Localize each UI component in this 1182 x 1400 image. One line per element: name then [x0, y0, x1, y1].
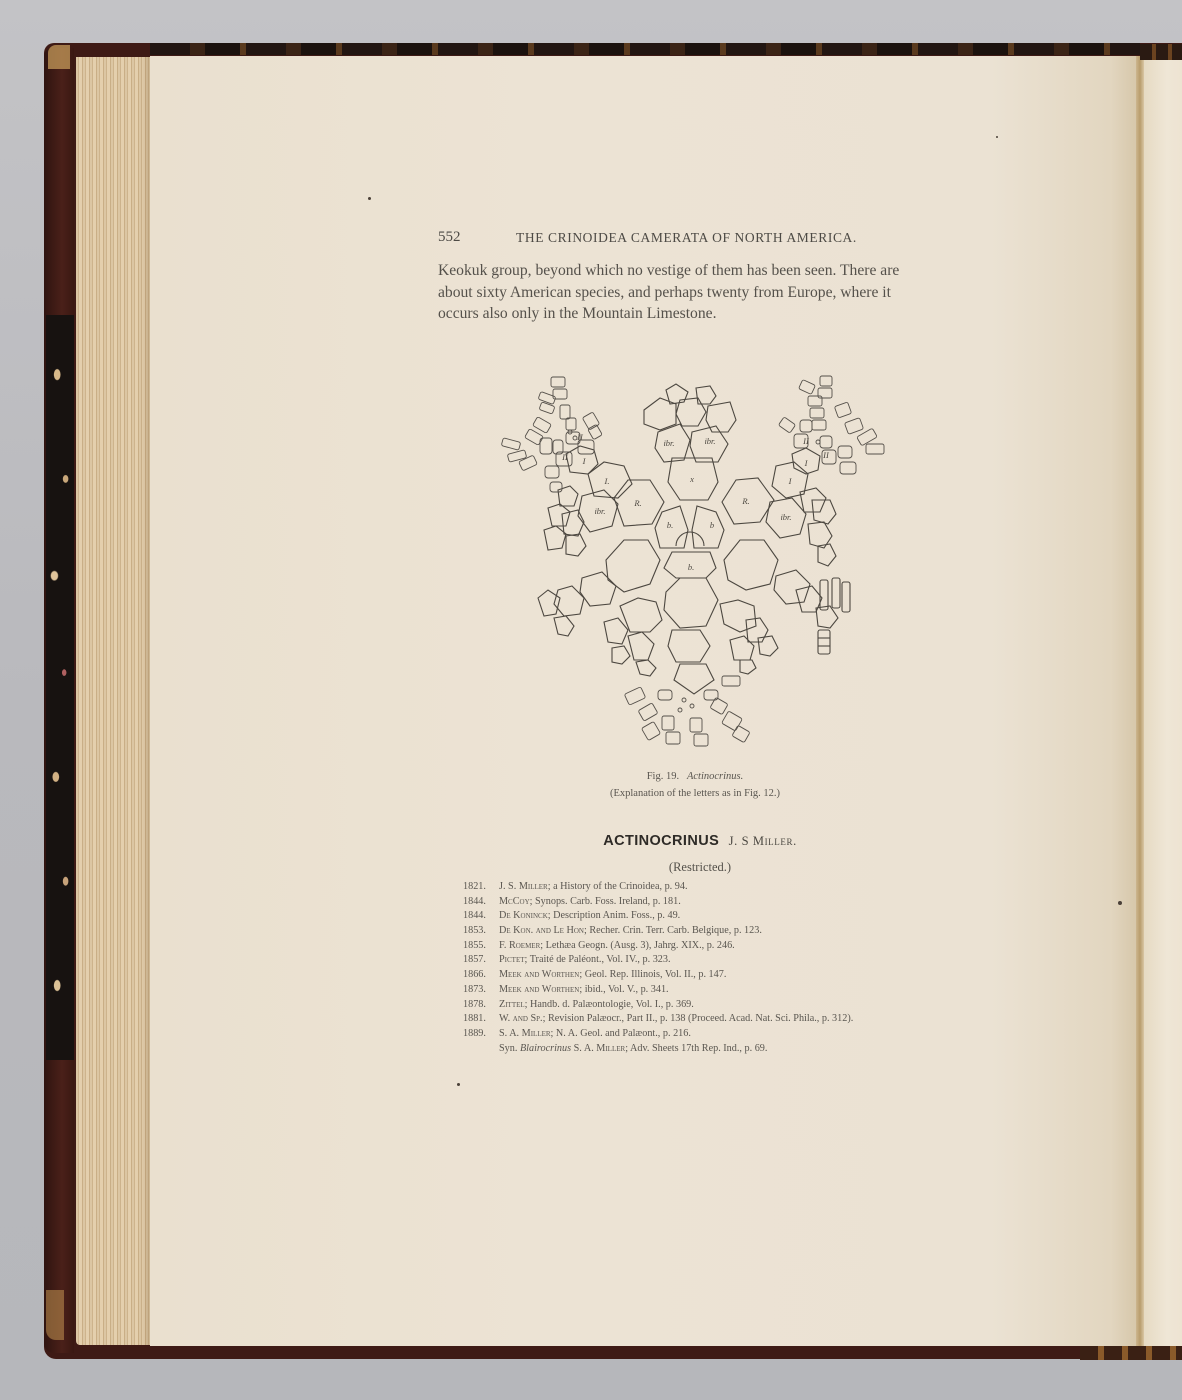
reference-author: Meek and Worthen: [499, 984, 579, 995]
reference-text: ; Synops. Carb. Foss. Ireland, p. 181.: [530, 896, 681, 907]
paragraph-line: about sixty American species, and perhap…: [438, 282, 948, 304]
svg-text:I: I: [788, 476, 793, 486]
reference-item: 1878.Zittel; Handb. d. Palæontologie, Vo…: [463, 998, 983, 1013]
svg-text:II: II: [561, 452, 569, 462]
reference-year: 1878.: [463, 998, 497, 1013]
running-title: THE CRINOIDEA CAMERATA OF NORTH AMERICA.: [516, 230, 857, 246]
cover-top-edge: [150, 43, 1140, 55]
body-paragraph: Keokuk group, beyond which no vestige of…: [438, 260, 948, 325]
facing-page-edge: [1144, 60, 1182, 1360]
svg-text:b: b: [710, 520, 714, 530]
svg-text:R.: R.: [633, 498, 641, 508]
reference-year: 1844.: [463, 895, 497, 910]
corner-wear-bottom: [46, 1290, 64, 1340]
cover-bottom-edge: [1080, 1346, 1182, 1360]
synonym-author: S. A. Miller: [574, 1043, 626, 1054]
reference-author: De Koninck: [499, 910, 548, 921]
reference-author: S. A. Miller: [499, 1028, 551, 1039]
reference-item: 1821.J. S. Miller; a History of the Crin…: [463, 880, 983, 895]
reference-item: 1857.Pictet; Traité de Paléont., Vol. IV…: [463, 953, 983, 968]
synonym-prefix: Syn.: [499, 1043, 517, 1054]
synonym-genus: Blairocrinus: [520, 1043, 571, 1054]
reference-text: ; Description Anim. Foss., p. 49.: [548, 910, 680, 921]
reference-item: 1881.W. and Sp.; Revision Palæocr., Part…: [463, 1012, 983, 1027]
reference-item: 1889.S. A. Miller; N. A. Geol. and Palæo…: [463, 1027, 983, 1042]
svg-text:ibr.: ibr.: [780, 512, 791, 522]
reference-text: ; Traité de Paléont., Vol. IV., p. 323.: [525, 954, 671, 965]
reference-year: 1866.: [463, 968, 497, 983]
reference-text: ; Handb. d. Palæontologie, Vol. I., p. 3…: [525, 999, 694, 1010]
svg-text:ibr.: ibr.: [704, 436, 715, 446]
reference-item: 1853.De Kon. and Le Hon; Recher. Crin. T…: [463, 924, 983, 939]
paper-speck: [996, 136, 998, 138]
svg-text:b.: b.: [688, 562, 694, 572]
svg-text:I: I: [582, 456, 587, 466]
reference-text: ; ibid., Vol. V., p. 341.: [579, 984, 668, 995]
reference-item: 1855.F. Roemer; Lethæa Geogn. (Ausg. 3),…: [463, 939, 983, 954]
reference-item: 1866.Meek and Worthen; Geol. Rep. Illino…: [463, 968, 983, 983]
reference-year: 1857.: [463, 953, 497, 968]
reference-item: 1844.McCoy; Synops. Carb. Foss. Ireland,…: [463, 895, 983, 910]
svg-text:II: II: [802, 436, 810, 446]
svg-text:II: II: [822, 450, 830, 460]
reference-year: 1844.: [463, 909, 497, 924]
reference-text: ; N. A. Geol. and Palæont., p. 216.: [551, 1028, 691, 1039]
svg-text:R.: R.: [741, 496, 749, 506]
svg-text:ibr.: ibr.: [663, 438, 674, 448]
genus-qualifier: (Restricted.): [440, 860, 960, 875]
reference-year: 1853.: [463, 924, 497, 939]
reference-year: 1873.: [463, 983, 497, 998]
reference-author: F. Roemer: [499, 940, 540, 951]
reference-author: Pictet: [499, 954, 525, 965]
reference-text: ; Geol. Rep. Illinois, Vol. II., p. 147.: [579, 969, 726, 980]
references-list: 1821.J. S. Miller; a History of the Crin…: [463, 880, 983, 1056]
reference-author: De Kon. and Le Hon: [499, 925, 584, 936]
caption-note: (Explanation of the letters as in Fig. 1…: [520, 785, 870, 802]
page-number: 552: [438, 229, 461, 246]
genus-heading: ACTINOCRINUS J. S Miller.: [440, 833, 960, 850]
corner-wear-top: [48, 45, 70, 69]
caption-genus: Actinocrinus.: [687, 771, 743, 782]
svg-text:I.: I.: [604, 476, 610, 486]
reference-author: Meek and Worthen: [499, 969, 579, 980]
reference-author: McCoy: [499, 896, 530, 907]
svg-text:ibr.: ibr.: [594, 506, 605, 516]
reference-year: 1821.: [463, 880, 497, 895]
reference-text: ; Recher. Crin. Terr. Carb. Belgique, p.…: [584, 925, 762, 936]
reference-text: ; Revision Palæocr., Part II., p. 138 (P…: [543, 1013, 854, 1024]
synonym-text: ; Adv. Sheets 17th Rep. Ind., p. 69.: [625, 1043, 767, 1054]
marbled-board: [46, 315, 74, 1060]
reference-year: 1855.: [463, 939, 497, 954]
paragraph-line: occurs also only in the Mountain Limesto…: [438, 303, 948, 325]
reference-author: J. S. Miller: [499, 881, 548, 892]
caption-prefix: Fig. 19.: [647, 771, 679, 782]
reference-text: ; a History of the Crinoidea, p. 94.: [548, 881, 688, 892]
svg-text:II: II: [576, 432, 584, 442]
reference-year: 1881.: [463, 1012, 497, 1027]
svg-text:x: x: [689, 474, 694, 484]
synonym-item: Syn. Blairocrinus S. A. Miller; Adv. She…: [463, 1042, 983, 1057]
figure-caption: Fig. 19. Actinocrinus. (Explanation of t…: [520, 768, 870, 802]
reference-item: 1873.Meek and Worthen; ibid., Vol. V., p…: [463, 983, 983, 998]
genus-author: J. S Miller.: [729, 834, 797, 848]
genus-name: ACTINOCRINUS: [603, 833, 719, 849]
svg-text:I: I: [804, 458, 809, 468]
paragraph-line: Keokuk group, beyond which no vestige of…: [438, 260, 948, 282]
caption-title-line: Fig. 19. Actinocrinus.: [520, 768, 870, 785]
reference-author: Zittel: [499, 999, 525, 1010]
right-cover-edge: [1140, 44, 1182, 60]
actinocrinus-plate-diagram: ibr. ibr. x R. R. b. b b. I. I II II I I…: [490, 365, 900, 755]
reference-text: ; Lethæa Geogn. (Ausg. 3), Jahrg. XIX., …: [540, 940, 734, 951]
paper-speck: [457, 1083, 460, 1086]
svg-text:b.: b.: [667, 520, 673, 530]
paper-speck: [1118, 901, 1122, 905]
running-head: 552 THE CRINOIDEA CAMERATA OF NORTH AMER…: [438, 229, 948, 249]
reference-author: W. and Sp.: [499, 1013, 543, 1024]
paper-speck: [368, 197, 371, 200]
reference-item: 1844.De Koninck; Description Anim. Foss.…: [463, 909, 983, 924]
reference-year: 1889.: [463, 1027, 497, 1042]
book-gutter: [1136, 56, 1144, 1346]
